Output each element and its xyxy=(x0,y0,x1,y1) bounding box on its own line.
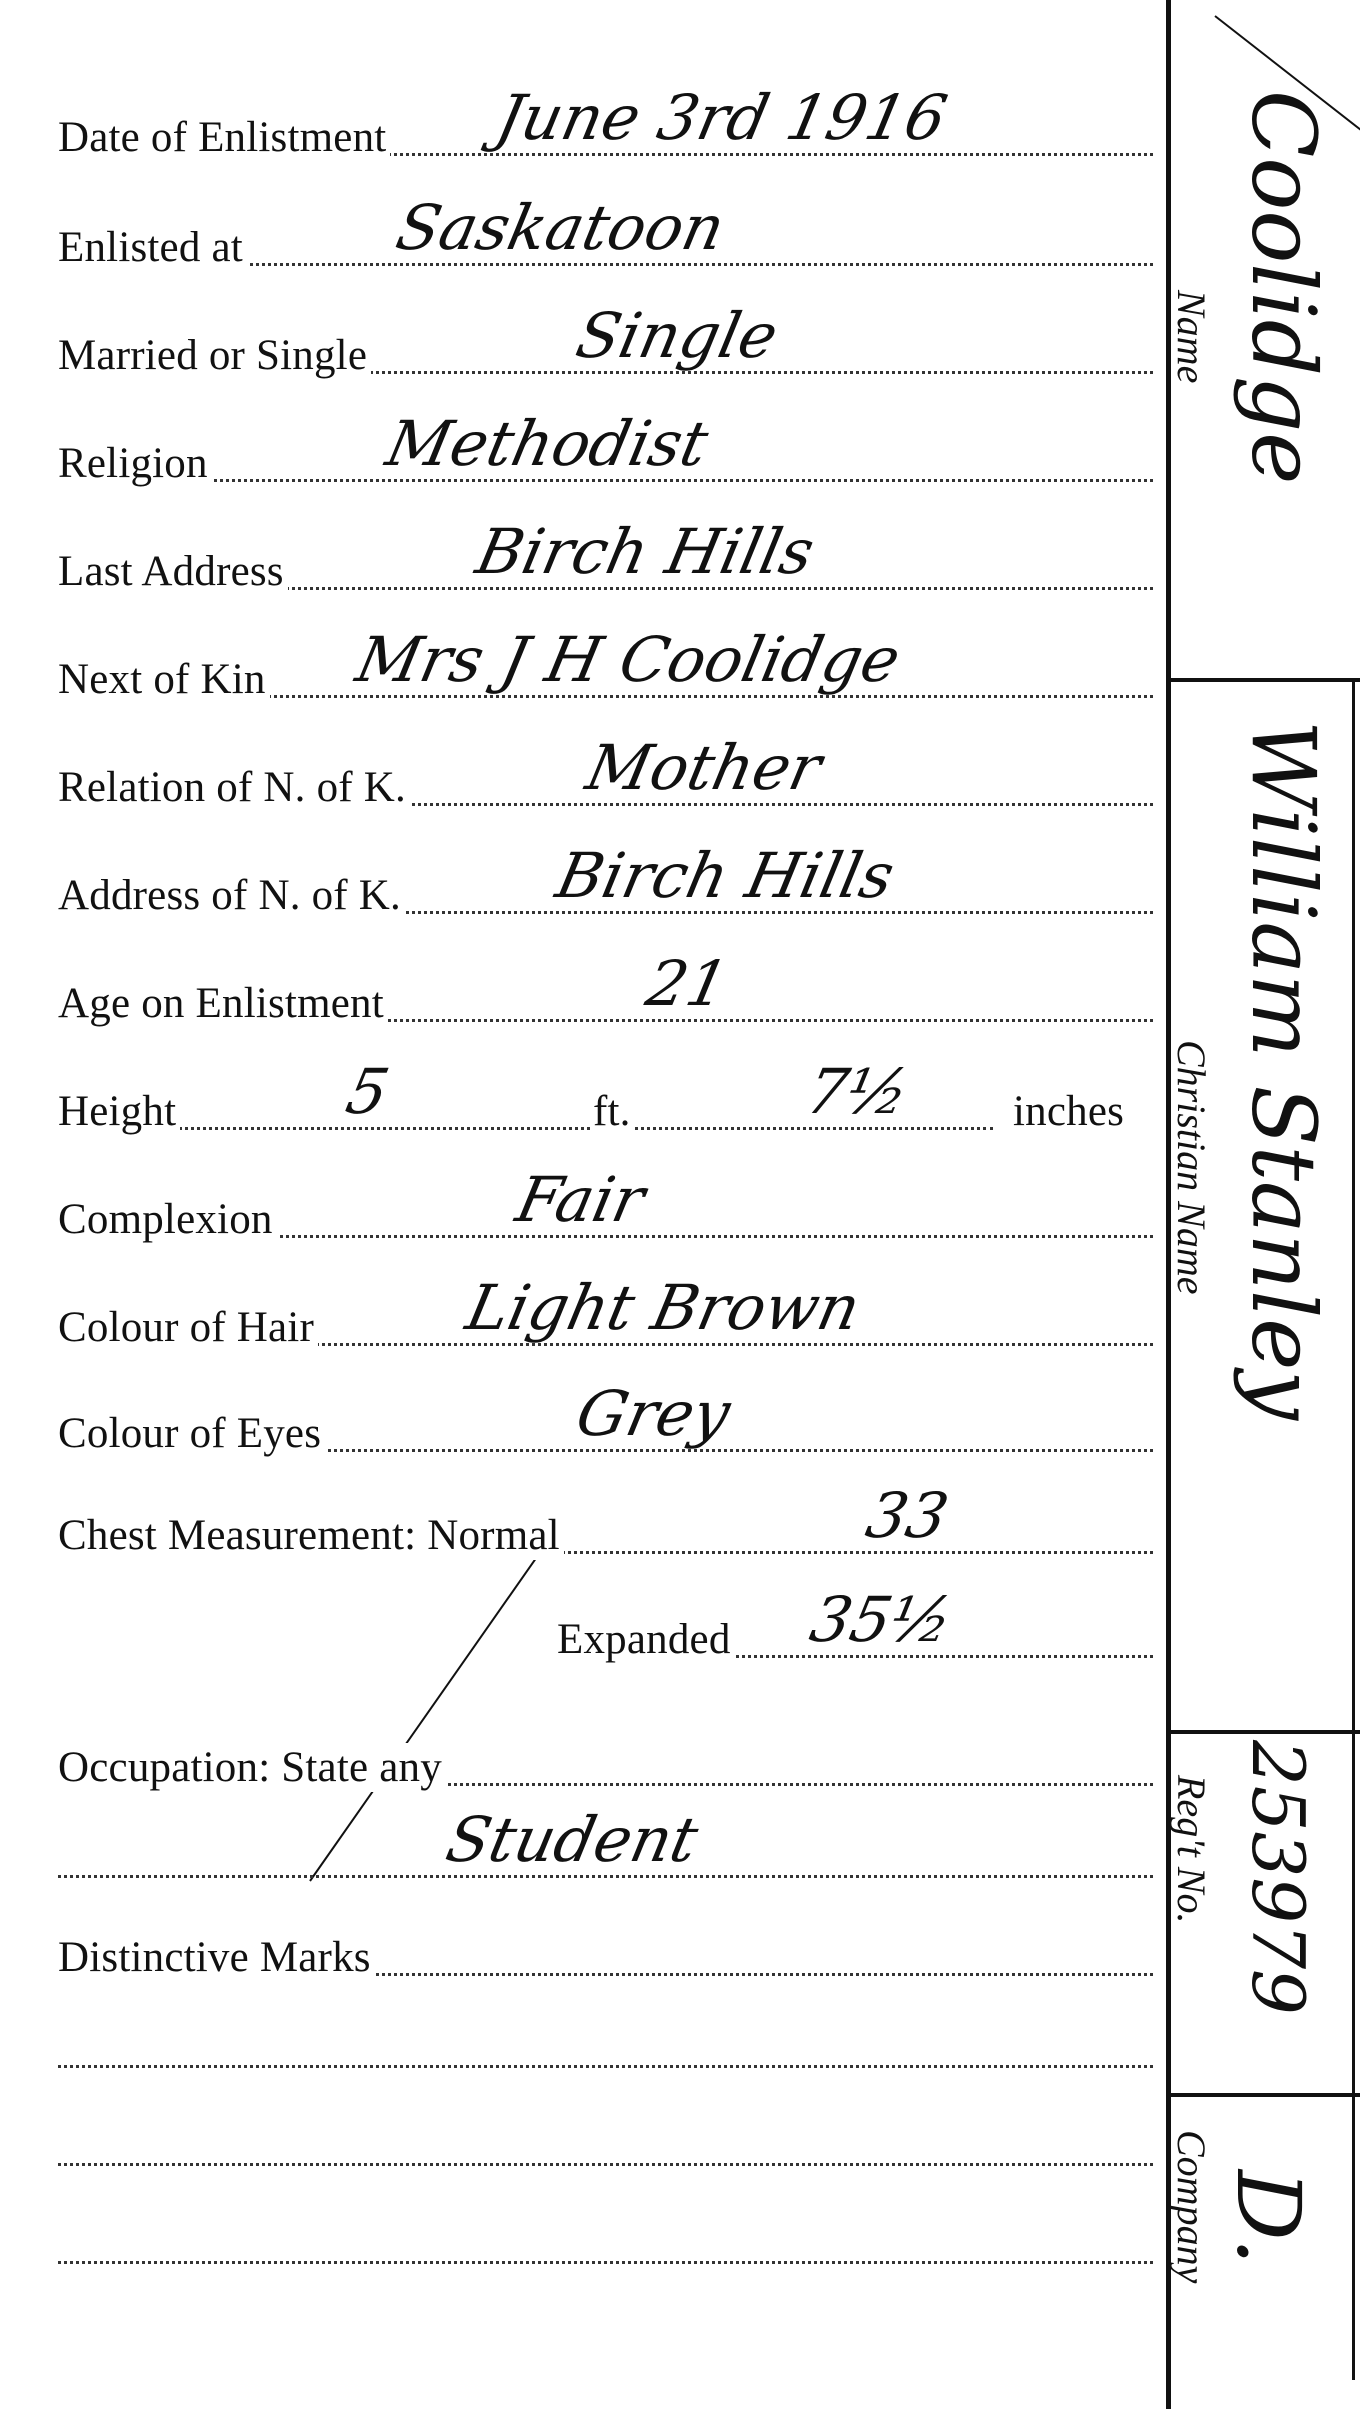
field-label: Relation of N. of K. xyxy=(58,763,410,812)
column-divider-right xyxy=(1352,680,1355,2380)
field-chest-normal: Chest Measurement: Normal 33 xyxy=(58,1486,1153,1566)
field-distinctive-marks-line-2 xyxy=(58,2000,1153,2080)
field-value: 21 xyxy=(640,947,734,1020)
field-value: 33 xyxy=(860,1479,954,1552)
field-label: Address of N. of K. xyxy=(58,871,405,920)
dotted-line xyxy=(58,2065,1153,2068)
regt-no-label: Reg't No. xyxy=(1168,1775,1215,1924)
field-occupation-line-2: Student xyxy=(58,1810,1153,1890)
field-value: June 3rd 1916 xyxy=(490,81,953,154)
field-colour-of-eyes: Colour of Eyes Grey xyxy=(58,1384,1153,1464)
field-label: Expanded xyxy=(557,1615,735,1664)
christian-name-label: Christian Name xyxy=(1168,1040,1215,1294)
height-feet-unit: ft. xyxy=(593,1087,635,1136)
field-label: Married or Single xyxy=(58,331,371,380)
field-relation-of-next-of-kin: Relation of N. of K. Mother xyxy=(58,738,1153,818)
field-value: Mrs J H Coolidge xyxy=(350,623,906,696)
field-date-of-enlistment: Date of Enlistment June 3rd 1916 xyxy=(58,88,1153,168)
field-label: Height xyxy=(58,1087,180,1136)
company-label: Company xyxy=(1168,2130,1215,2283)
field-height: Height 5 ft. 7½ inches xyxy=(58,1062,1153,1142)
field-occupation: Occupation: State any xyxy=(58,1718,1153,1798)
field-label: Last Address xyxy=(58,547,288,596)
field-label: Chest Measurement: Normal xyxy=(58,1511,564,1560)
field-value: Student xyxy=(440,1803,704,1876)
field-label: Date of Enlistment xyxy=(58,113,390,162)
field-value: Fair xyxy=(510,1163,651,1236)
field-label: Next of Kin xyxy=(58,655,270,704)
field-label: Occupation: State any xyxy=(58,1743,446,1792)
name-label: Name xyxy=(1168,290,1215,383)
field-religion: Religion Methodist xyxy=(58,414,1153,494)
field-married-or-single: Married or Single Single xyxy=(58,306,1153,386)
field-next-of-kin: Next of Kin Mrs J H Coolidge xyxy=(58,630,1153,710)
field-value: 35½ xyxy=(804,1583,959,1656)
section-divider xyxy=(1168,678,1360,682)
field-value: Birch Hills xyxy=(550,839,900,912)
field-label: Enlisted at xyxy=(58,223,247,272)
field-complexion: Complexion Fair xyxy=(58,1170,1153,1250)
field-colour-of-hair: Colour of Hair Light Brown xyxy=(58,1278,1153,1358)
section-divider xyxy=(1168,1730,1360,1734)
field-distinctive-marks-line-3 xyxy=(58,2098,1153,2178)
field-distinctive-marks: Distinctive Marks xyxy=(58,1908,1153,1988)
dotted-line xyxy=(58,2261,1153,2264)
field-value: Light Brown xyxy=(460,1271,866,1344)
field-last-address: Last Address Birch Hills xyxy=(58,522,1153,602)
field-value: Single xyxy=(570,299,784,372)
height-inches-value: 7½ xyxy=(800,1055,915,1128)
field-label: Colour of Eyes xyxy=(58,1409,325,1458)
field-label: Age on Enlistment xyxy=(58,979,388,1028)
height-feet-value: 5 xyxy=(340,1055,395,1128)
regt-no-value: 253979 xyxy=(1236,1740,1320,2015)
company-value: D. xyxy=(1217,2170,1320,2265)
field-label: Complexion xyxy=(58,1195,277,1244)
field-value: Saskatoon xyxy=(390,191,731,264)
section-divider xyxy=(1168,2093,1360,2097)
height-inches-unit: inches xyxy=(1013,1087,1128,1136)
field-label: Colour of Hair xyxy=(58,1303,318,1352)
field-value: Birch Hills xyxy=(470,515,820,588)
field-chest-expanded: Expanded 35½ xyxy=(557,1590,1153,1670)
field-value: Grey xyxy=(570,1377,736,1450)
field-value: Mother xyxy=(580,731,828,804)
field-enlisted-at: Enlisted at Saskatoon xyxy=(58,198,1153,278)
field-value: Methodist xyxy=(380,407,714,480)
christian-name-value: William Stanley xyxy=(1232,720,1335,1420)
field-address-of-next-of-kin: Address of N. of K. Birch Hills xyxy=(58,846,1153,926)
dotted-line xyxy=(58,2163,1153,2166)
field-age-on-enlistment: Age on Enlistment 21 xyxy=(58,954,1153,1034)
field-label: Religion xyxy=(58,439,212,488)
attestation-card: Date of Enlistment June 3rd 1916 Enliste… xyxy=(0,0,1360,2409)
field-label: Distinctive Marks xyxy=(58,1933,375,1982)
field-distinctive-marks-line-4 xyxy=(58,2196,1153,2276)
name-value: Coolidge xyxy=(1232,90,1335,484)
